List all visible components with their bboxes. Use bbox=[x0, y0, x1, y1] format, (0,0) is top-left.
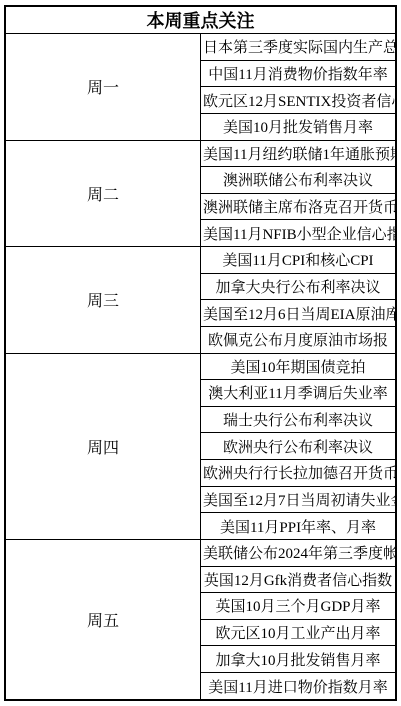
event-cell: 美国11月NFIB小型企业信心指数 bbox=[201, 220, 397, 247]
event-cell: 英国12月Gfk消费者信心指数 bbox=[201, 566, 397, 593]
event-cell: 澳洲联储公布利率决议 bbox=[201, 167, 397, 194]
event-cell: 美国至12月7日当周初请失业金人数 bbox=[201, 486, 397, 513]
event-cell: 美国11月CPI和核心CPI bbox=[201, 247, 397, 274]
event-cell: 美国11月纽约联储1年通胀预期 bbox=[201, 140, 397, 167]
event-cell: 瑞士央行公布利率决议 bbox=[201, 406, 397, 433]
event-cell: 美国10年期国债竞拍 bbox=[201, 353, 397, 380]
event-cell: 美国10月批发销售月率 bbox=[201, 113, 397, 140]
event-cell: 欧元区10月工业产出月率 bbox=[201, 619, 397, 646]
weekly-focus-table: 本周重点关注 周一 日本第三季度实际国内生产总值年化季率修正值 中国11月消费物… bbox=[4, 5, 397, 701]
event-cell: 加拿大央行公布利率决议 bbox=[201, 273, 397, 300]
day-cell-friday: 周五 bbox=[5, 539, 201, 700]
event-cell: 欧佩克公布月度原油市场报 bbox=[201, 326, 397, 353]
table-row: 周二 美国11月纽约联储1年通胀预期 bbox=[5, 140, 396, 167]
event-cell: 日本第三季度实际国内生产总值年化季率修正值 bbox=[201, 34, 397, 61]
event-cell: 美国11月进口物价指数月率 bbox=[201, 673, 397, 701]
event-cell: 美国11月PPI年率、月率 bbox=[201, 513, 397, 540]
event-cell: 澳大利亚11月季调后失业率 bbox=[201, 380, 397, 407]
day-cell-monday: 周一 bbox=[5, 34, 201, 141]
event-cell: 美国至12月6日当周EIA原油库存 bbox=[201, 300, 397, 327]
table-row: 周四 美国10年期国债竞拍 bbox=[5, 353, 396, 380]
table-row: 周三 美国11月CPI和核心CPI bbox=[5, 247, 396, 274]
event-cell: 欧元区12月SENTIX投资者信心指数 bbox=[201, 87, 397, 114]
table-title-row: 本周重点关注 bbox=[5, 6, 396, 34]
event-cell: 澳洲联储主席布洛克召开货币政策新闻发布会 bbox=[201, 193, 397, 220]
event-cell: 中国11月消费物价指数年率 bbox=[201, 60, 397, 87]
day-cell-tuesday: 周二 bbox=[5, 140, 201, 247]
day-cell-thursday: 周四 bbox=[5, 353, 201, 539]
table-row: 周一 日本第三季度实际国内生产总值年化季率修正值 bbox=[5, 34, 396, 61]
page-title: 本周重点关注 bbox=[5, 6, 396, 34]
event-cell: 欧洲央行公布利率决议 bbox=[201, 433, 397, 460]
event-cell: 美联储公布2024年第三季度帐户资金流动 bbox=[201, 539, 397, 566]
table-row: 周五 美联储公布2024年第三季度帐户资金流动 bbox=[5, 539, 396, 566]
event-cell: 加拿大10月批发销售月率 bbox=[201, 646, 397, 673]
event-cell: 英国10月三个月GDP月率 bbox=[201, 593, 397, 620]
event-cell: 欧洲央行行长拉加德召开货币政策新闻发布会 bbox=[201, 460, 397, 487]
day-cell-wednesday: 周三 bbox=[5, 247, 201, 354]
